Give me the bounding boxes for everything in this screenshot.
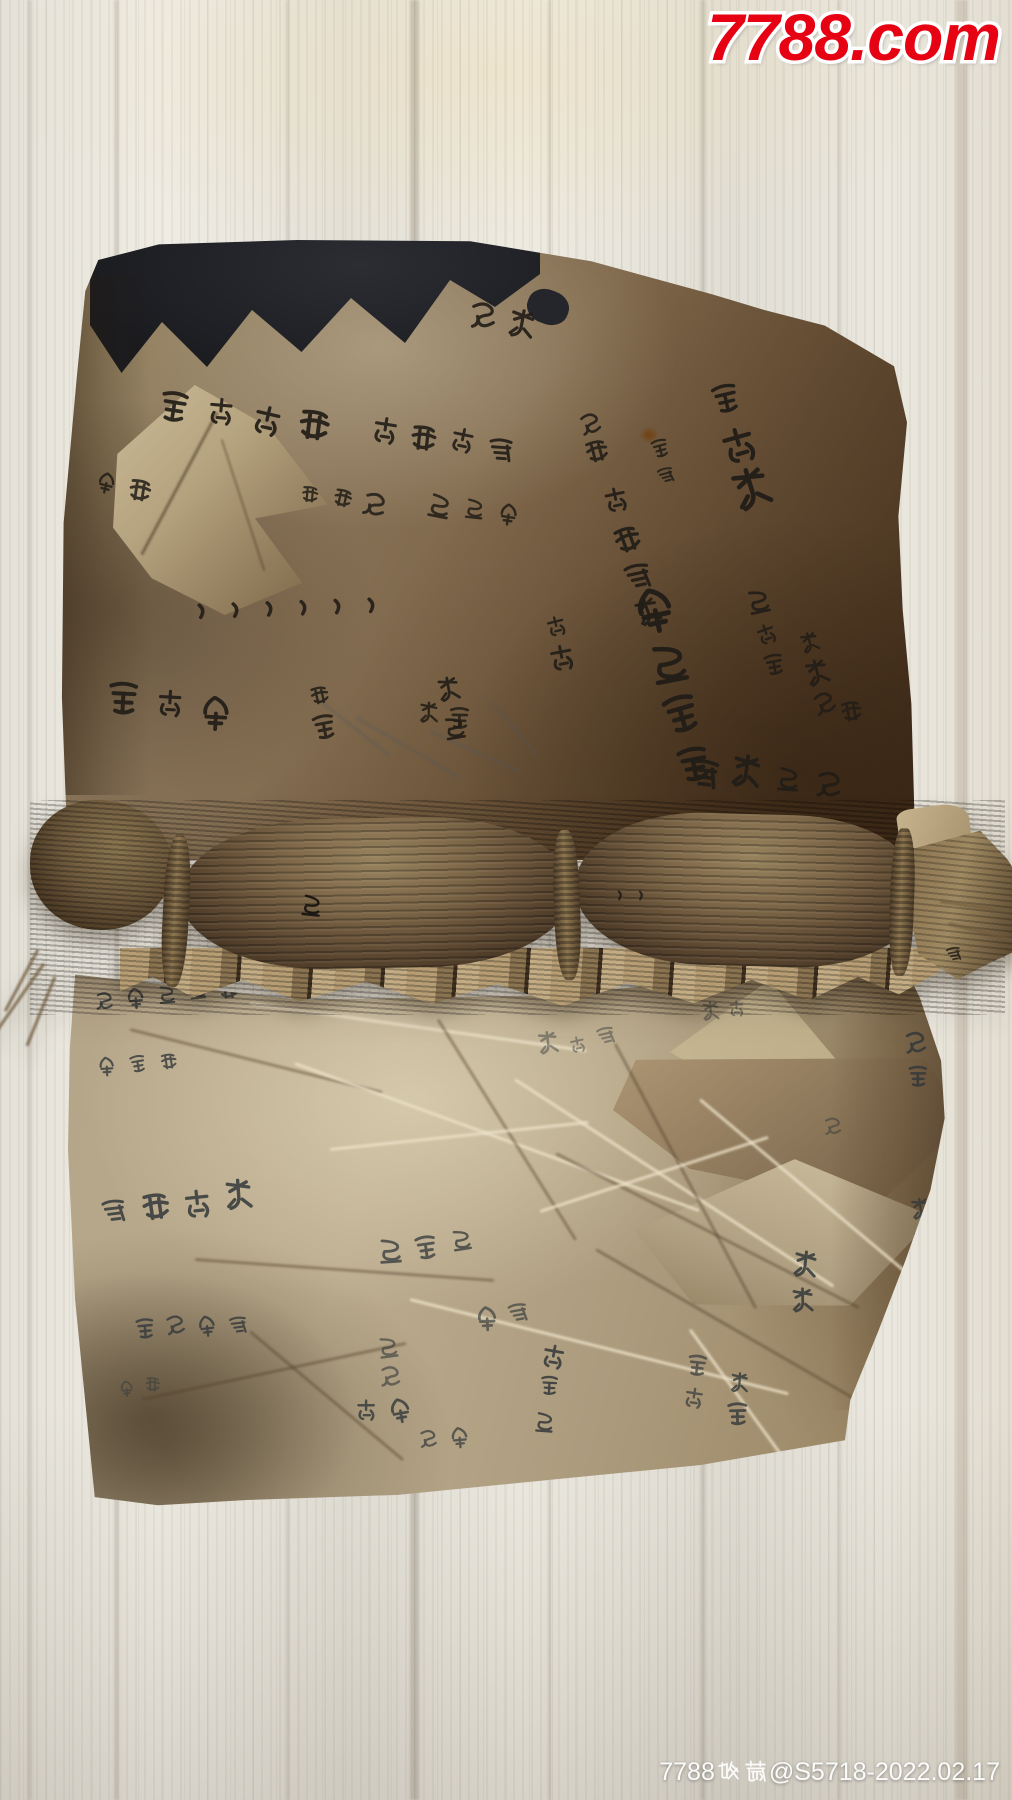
- ink-run: [116, 1375, 163, 1398]
- ink-run: [94, 1051, 182, 1082]
- ink-run: [298, 893, 324, 919]
- ink-run: [944, 946, 964, 966]
- stamp-cjk-glyph: [743, 1759, 768, 1784]
- ink-run: [724, 1368, 753, 1426]
- ink-run: [91, 470, 155, 508]
- calligraphy-layer: [60, 940, 950, 1515]
- stamp-cjk-glyph: [716, 1759, 741, 1784]
- ink-run: [103, 676, 237, 730]
- ink-run: [416, 1426, 473, 1454]
- ink-run: [795, 629, 840, 719]
- ink-run: [612, 884, 649, 900]
- ink-run: [902, 1031, 932, 1092]
- ink-run: [96, 1179, 256, 1227]
- ink-run: [742, 585, 791, 682]
- ink-run: [132, 1308, 251, 1342]
- ink-run: [154, 382, 335, 448]
- watermark-text: 7788.com: [707, 0, 1000, 74]
- ink-run: [687, 752, 847, 800]
- site-watermark: 7788.com 7788.com: [707, 4, 1000, 70]
- binding-roll: [30, 800, 1005, 1015]
- collection-stamp-watermark: 7788 @S5718-2022.02.17: [659, 1758, 1000, 1787]
- stamp-cjk-glyphs: [715, 1758, 769, 1787]
- ink-run: [467, 300, 539, 337]
- ink-run: [700, 371, 776, 515]
- photo-of-antique-manuscript: 7788.com 7788.com 7788 @S5718-2022.02.17: [0, 0, 1012, 1800]
- ink-run: [304, 678, 339, 741]
- ink-run: [575, 407, 612, 469]
- ink-run: [836, 695, 866, 725]
- calligraphy-layer: [55, 235, 920, 860]
- ink-run: [376, 1338, 403, 1389]
- ink-run: [822, 1115, 845, 1138]
- ink-run: [529, 1340, 569, 1436]
- ink-run: [368, 415, 518, 465]
- ink-run: [540, 607, 577, 671]
- book-top-page: [55, 235, 920, 860]
- ink-run: [374, 1224, 477, 1264]
- stamp-prefix: 7788: [659, 1758, 715, 1787]
- ink-run: [415, 700, 472, 730]
- ink-run: [424, 488, 524, 528]
- stamp-suffix: @S5718-2022.02.17: [769, 1758, 1000, 1787]
- ink-run: [680, 1352, 711, 1410]
- book-bottom-page: [60, 940, 950, 1515]
- ink-run: [536, 1025, 618, 1058]
- ink-run: [648, 436, 677, 483]
- ink-run: [788, 1252, 820, 1316]
- ink-run: [188, 589, 385, 622]
- ink-run: [352, 1393, 414, 1424]
- ink-run: [296, 478, 390, 518]
- ink-run: [474, 1301, 531, 1330]
